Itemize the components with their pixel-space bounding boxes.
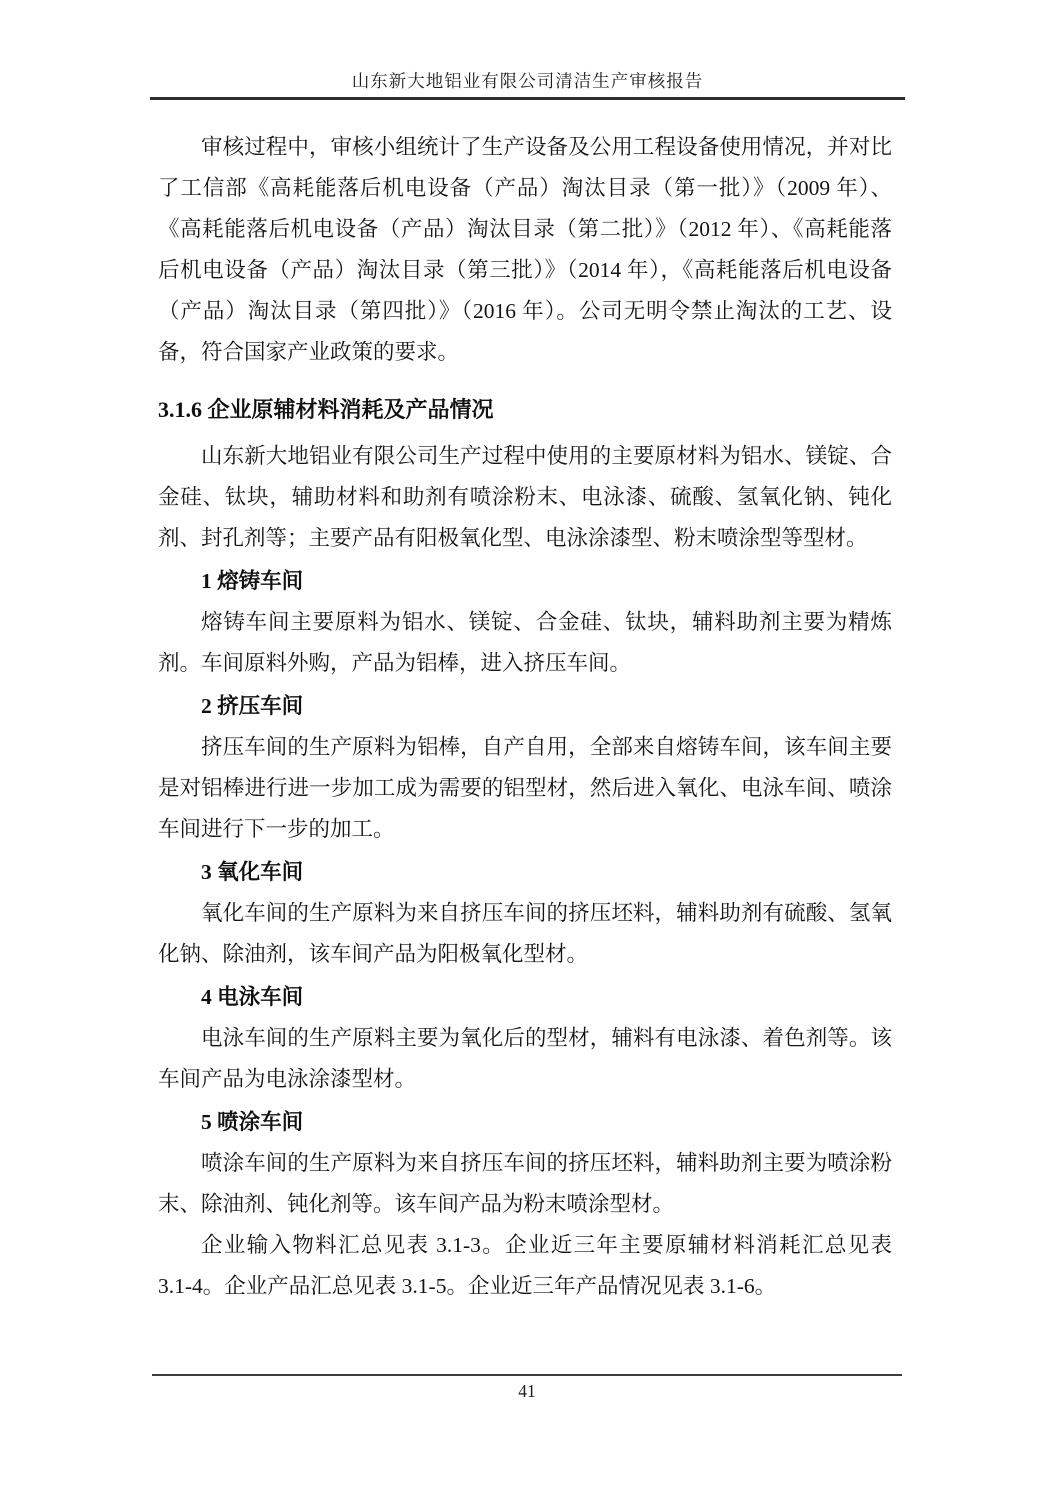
section-intro-paragraph: 山东新大地铝业有限公司生产过程中使用的主要原材料为铝水、镁锭、合金硅、钛块，辅助… <box>158 436 892 559</box>
workshop-4-heading: 4 电泳车间 <box>158 977 892 1018</box>
workshop-1-paragraph: 熔铸车间主要原料为铝水、镁锭、合金硅、钛块，辅料助剂主要为精炼剂。车间原料外购，… <box>158 602 892 684</box>
header-title: 山东新大地铝业有限公司清洁生产审核报告 <box>150 70 905 92</box>
document-page: 山东新大地铝业有限公司清洁生产审核报告 审核过程中，审核小组统计了生产设备及公用… <box>0 0 1050 1485</box>
section-heading-3-1-6: 3.1.6 企业原辅材料消耗及产品情况 <box>158 389 892 430</box>
workshop-3-heading: 3 氧化车间 <box>158 852 892 893</box>
closing-paragraph: 企业输入物料汇总见表 3.1-3。企业近三年主要原辅材料消耗汇总见表 3.1-4… <box>158 1225 892 1307</box>
workshop-3-paragraph: 氧化车间的生产原料为来自挤压车间的挤压坯料，辅料助剂有硫酸、氢氧化钠、除油剂，该… <box>158 893 892 975</box>
workshop-2-paragraph: 挤压车间的生产原料为铝棒，自产自用，全部来自熔铸车间，该车间主要是对铝棒进行进一… <box>158 727 892 850</box>
page-footer: 41 <box>152 1374 902 1402</box>
workshop-5-heading: 5 喷涂车间 <box>158 1102 892 1143</box>
workshop-5-paragraph: 喷涂车间的生产原料为来自挤压车间的挤压坯料，辅料助剂主要为喷涂粉末、除油剂、钝化… <box>158 1143 892 1225</box>
intro-paragraph: 审核过程中，审核小组统计了生产设备及公用工程设备使用情况，并对比了工信部《高耗能… <box>158 127 892 373</box>
workshop-1-heading: 1 熔铸车间 <box>158 561 892 602</box>
workshop-2-heading: 2 挤压车间 <box>158 686 892 727</box>
page-number: 41 <box>518 1380 536 1402</box>
page-body: 审核过程中，审核小组统计了生产设备及公用工程设备使用情况，并对比了工信部《高耗能… <box>158 127 892 1307</box>
workshop-4-paragraph: 电泳车间的生产原料主要为氧化后的型材，辅料有电泳漆、着色剂等。该车间产品为电泳涂… <box>158 1018 892 1100</box>
page-header: 山东新大地铝业有限公司清洁生产审核报告 <box>150 70 905 100</box>
